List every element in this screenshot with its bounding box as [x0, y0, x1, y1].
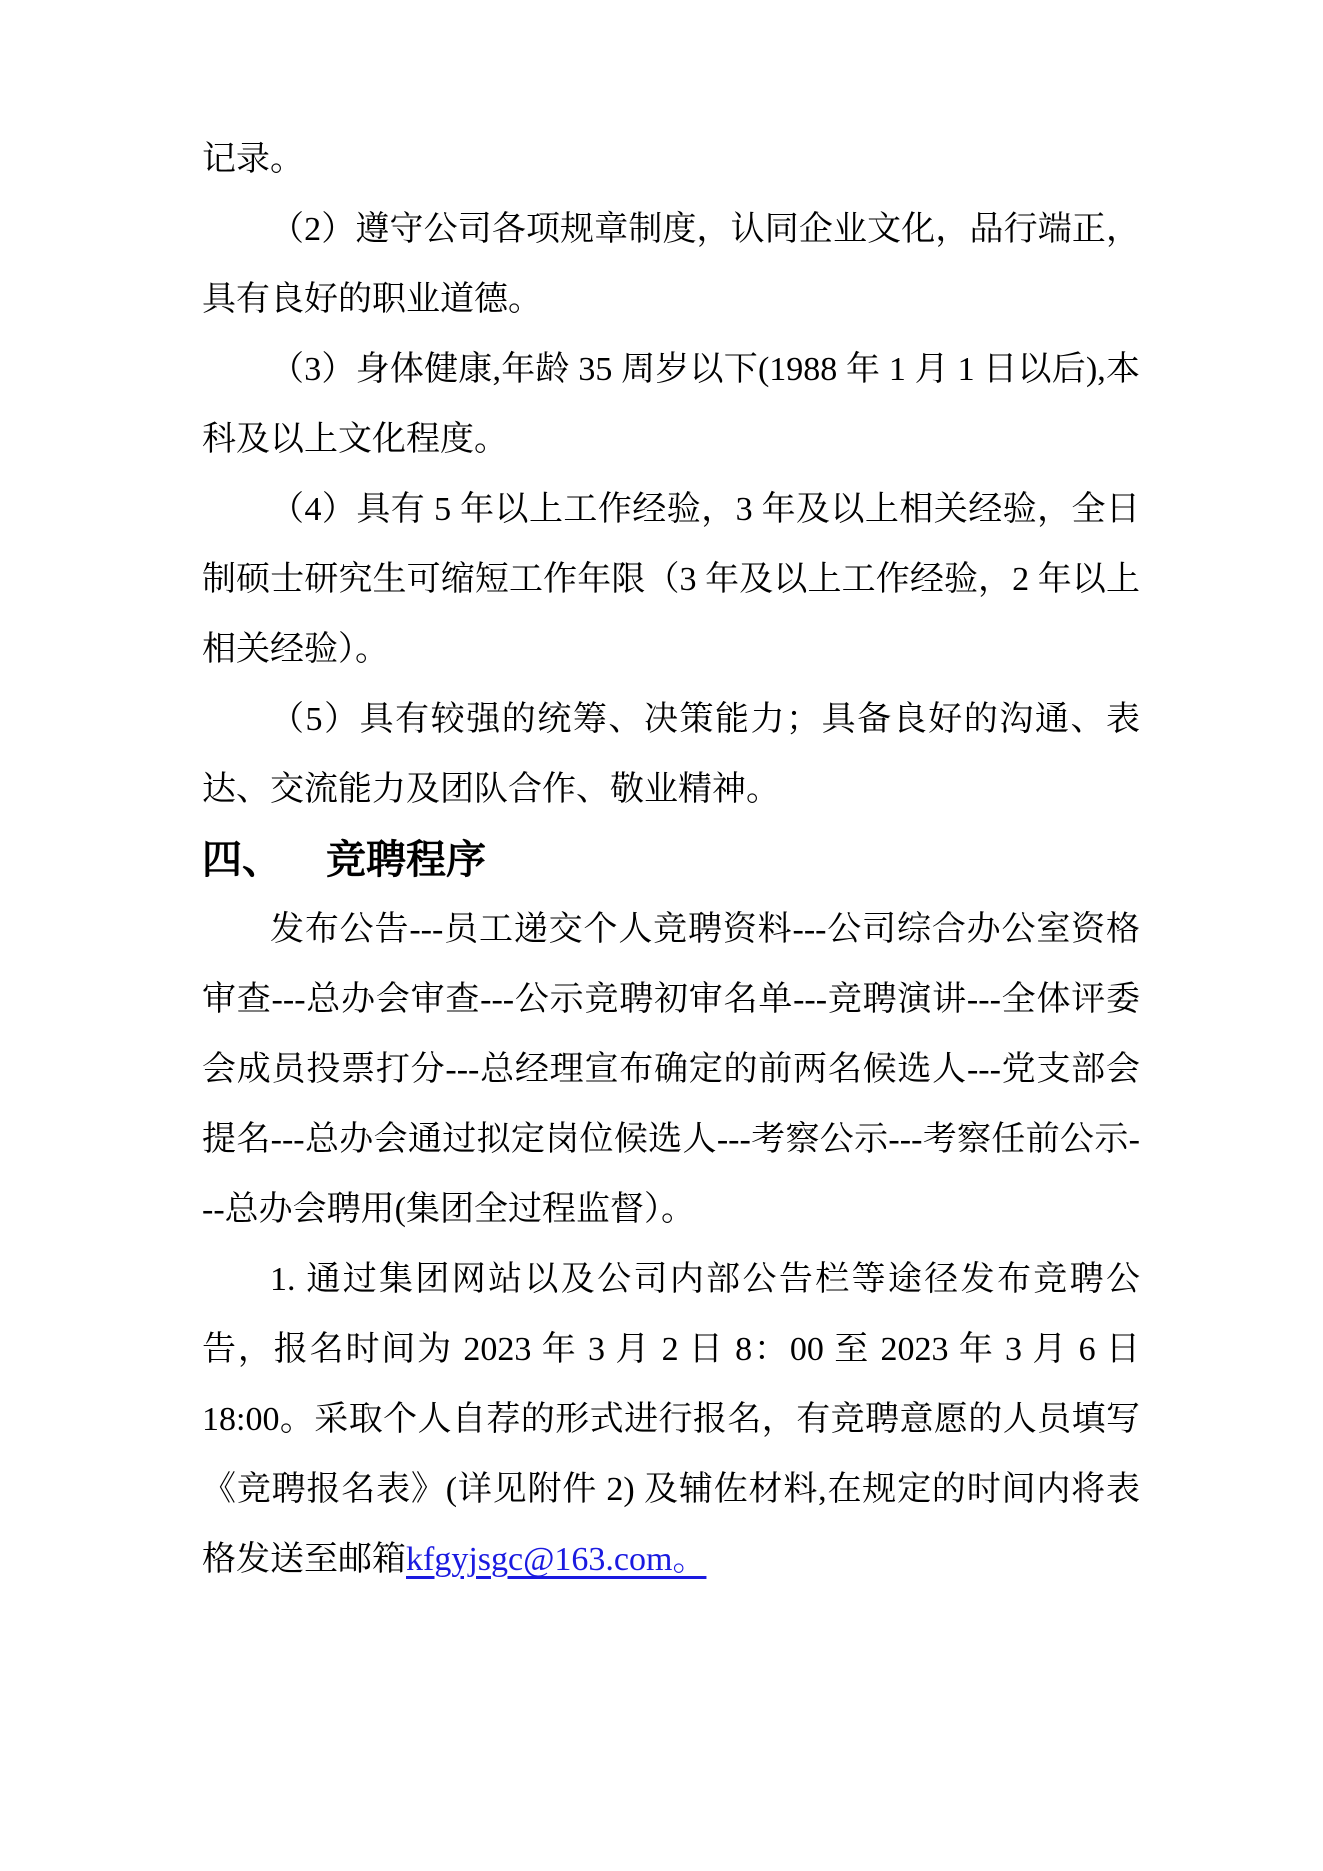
paragraph-item-3: （3）身体健康,年龄 35 周岁以下(1988 年 1 月 1 日以后),本科及… — [202, 335, 1140, 475]
step-1-text: 1. 通过集团网站以及公司内部公告栏等途径发布竞聘公告，报名时间为 2023 年… — [202, 1261, 1140, 1578]
paragraph-step-1: 1. 通过集团网站以及公司内部公告栏等途径发布竞聘公告，报名时间为 2023 年… — [202, 1245, 1140, 1595]
document-page: 记录。 （2）遵守公司各项规章制度，认同企业文化，品行端正，具有良好的职业道德。… — [0, 0, 1323, 1871]
paragraph-procedure-flow: 发布公告---员工递交个人竞聘资料---公司综合办公室资格审查---总办会审查-… — [202, 895, 1140, 1245]
section-heading: 四、竞聘程序 — [202, 825, 1140, 895]
paragraph-item-2: （2）遵守公司各项规章制度，认同企业文化，品行端正，具有良好的职业道德。 — [202, 195, 1140, 335]
paragraph-item-5: （5）具有较强的统筹、决策能力；具备良好的沟通、表达、交流能力及团队合作、敬业精… — [202, 685, 1140, 825]
section-heading-number: 四、 — [202, 838, 282, 882]
paragraph-item-4: （4）具有 5 年以上工作经验，3 年及以上相关经验，全日制硕士研究生可缩短工作… — [202, 475, 1140, 685]
section-heading-title: 竞聘程序 — [326, 838, 486, 882]
document-content: 记录。 （2）遵守公司各项规章制度，认同企业文化，品行端正，具有良好的职业道德。… — [202, 125, 1140, 1595]
email-link[interactable]: kfgyjsgc@163.com。 — [406, 1541, 706, 1578]
paragraph-continuation: 记录。 — [202, 125, 1140, 195]
